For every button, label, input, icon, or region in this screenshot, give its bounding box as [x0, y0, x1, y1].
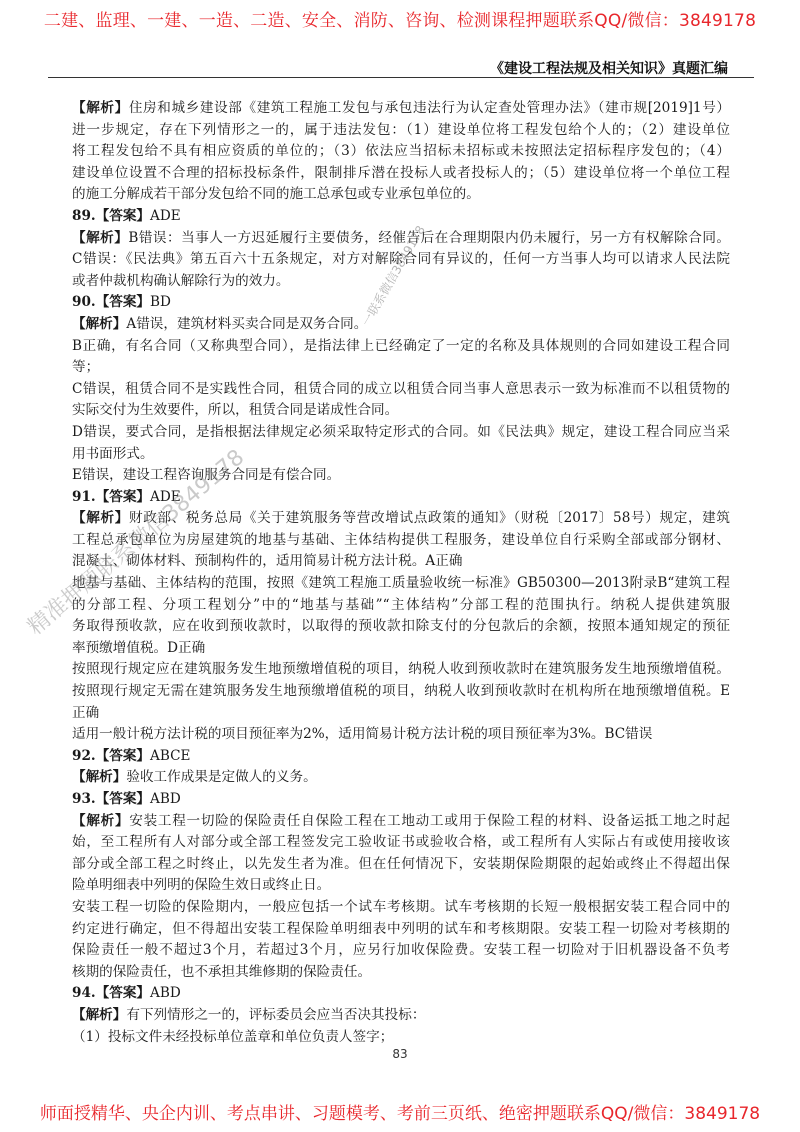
text-line: 正确 [72, 703, 730, 725]
line-text: E错误，建设工程咨询服务合同是有偿合同。 [72, 467, 340, 483]
answer-label: 【解析】 [72, 230, 128, 246]
line-text: 有下列情形之一的，评标委员会应当否决其投标： [126, 1007, 425, 1023]
line-text: 用书面形式。 [72, 446, 154, 462]
bottom-promo-banner: 师面授精华、央企内训、考点串讲、习题模考、考前三页纸、绝密押题联系QQ/微信：3… [0, 1099, 800, 1124]
line-text: 的分部工程、分项工程划分”中的“地基与基础”“主体结构”分部工程的范围执行。纳税… [72, 597, 730, 613]
line-text: 混凝土、砌体材料、预制构件的，适用简易计税方法计税。A正确 [72, 553, 462, 569]
text-line: B正确，有名合同（又称典型合同），是指法律上已经确定了一定的名称及具体规则的合同… [72, 336, 730, 358]
text-line: （1）投标文件未经投标单位盖章和单位负责人签字； [72, 1027, 730, 1049]
text-line: 【解析】安装工程一切险的保险责任自保险工程在工地动工或用于保险工程的材料、设备运… [72, 811, 730, 833]
line-text: （1）投标文件未经投标单位盖章和单位负责人签字； [72, 1029, 393, 1045]
line-text: B错误：当事人一方迟延履行主要债务，经催告后在合理期限内仍未履行，另一方有权解除… [128, 230, 730, 246]
text-line: 【解析】财政部、税务总局《关于建筑服务等营改增试点政策的通知》（财税〔2017〕… [72, 508, 730, 530]
answer-label: 【解析】 [72, 813, 129, 829]
text-line: 89.【答案】ADE [72, 206, 730, 228]
text-line: 核期的保险责任，也不承担其维修期的保险责任。 [72, 962, 730, 984]
answer-label: 【解析】 [72, 1007, 126, 1023]
line-text: 务取得预收款，应在收到预收款时，以取得的预收款扣除支付的分包款后的余额，按照本通… [72, 618, 730, 634]
line-text: BD [150, 294, 171, 310]
line-text: ADE [150, 489, 181, 505]
text-line: 【解析】有下列情形之一的，评标委员会应当否决其投标： [72, 1005, 730, 1027]
line-text: 地基与基础、主体结构的范围，按照《建筑工程施工质量验收统一标准》GB50300—… [72, 575, 730, 591]
text-line: 工程总承包单位为房屋建筑的地基与基础、主体结构提供工程服务，建设单位自行采购全部… [72, 530, 730, 552]
line-text: 将工程发包给不具有相应资质的单位的；（3）依法应当招标未招标或未按照法定招标程序… [72, 143, 730, 159]
text-line: 按照现行规定应在建筑服务发生地预缴增值税的项目，纳税人收到预收款时在建筑服务发生… [72, 659, 730, 681]
text-line: 或者仲裁机构确认解除行为的效力。 [72, 271, 730, 293]
line-text: 适用一般计税方法计税的项目预征率为2%，适用简易计税方法计税的项目预征率为3%。… [72, 726, 652, 742]
answer-label: 92.【答案】 [72, 748, 150, 764]
text-line: 始，至工程所有人对部分或全部工程签发完工验收证书或验收合格，或工程所有人实际占有… [72, 832, 730, 854]
line-text: ADE [150, 208, 181, 224]
line-text: 或者仲裁机构确认解除行为的效力。 [72, 273, 290, 289]
text-line: D错误，要式合同，是指根据法律规定必须采取特定形式的合同。如《民法典》规定，建设… [72, 422, 730, 444]
document-body: 【解析】住房和城乡建设部《建筑工程施工发包与承包违法行为认定查处管理办法》（建市… [72, 98, 730, 1048]
line-text: 实际交付为生效要件，所以，租赁合同是诺成性合同。 [72, 402, 398, 418]
text-line: 进一步规定，存在下列情形之一的，属于违法发包：（1）建设单位将工程发包给个人的；… [72, 120, 730, 142]
line-text: 等； [72, 359, 99, 375]
line-text: 正确 [72, 705, 99, 721]
line-text: 工程总承包单位为房屋建筑的地基与基础、主体结构提供工程服务，建设单位自行采购全部… [72, 532, 730, 548]
text-line: 地基与基础、主体结构的范围，按照《建筑工程施工质量验收统一标准》GB50300—… [72, 573, 730, 595]
line-text: B正确，有名合同（又称典型合同），是指法律上已经确定了一定的名称及具体规则的合同… [72, 338, 730, 354]
text-line: 93.【答案】ABD [72, 789, 730, 811]
line-text: 始，至工程所有人对部分或全部工程签发完工验收证书或验收合格，或工程所有人实际占有… [72, 834, 730, 850]
line-text: 按照现行规定应在建筑服务发生地预缴增值税的项目，纳税人收到预收款时在建筑服务发生… [72, 661, 730, 677]
text-line: 的施工分解成若干部分发包给不同的施工总承包或专业承包单位的。 [72, 184, 730, 206]
text-line: 92.【答案】ABCE [72, 746, 730, 768]
line-text: 按照现行规定无需在建筑服务发生地预缴增值税的项目，纳税人收到预收款时在机构所在地… [72, 683, 730, 699]
text-line: 适用一般计税方法计税的项目预征率为2%，适用简易计税方法计税的项目预征率为3%。… [72, 724, 730, 746]
line-text: 约定进行确定，但不得超出安装工程保险单明细表中列明的试车和考核期限。安装工程一切… [72, 921, 730, 937]
line-text: 的施工分解成若干部分发包给不同的施工总承包或专业承包单位的。 [72, 186, 480, 202]
answer-label: 93.【答案】 [72, 791, 150, 807]
line-text: ABD [150, 985, 181, 1001]
line-text: A错误，建筑材料买卖合同是双务合同。 [126, 316, 367, 332]
text-line: 【解析】A错误，建筑材料买卖合同是双务合同。 [72, 314, 730, 336]
line-text: ABCE [150, 748, 190, 764]
answer-label: 91.【答案】 [72, 489, 150, 505]
text-line: 用书面形式。 [72, 444, 730, 466]
text-line: 约定进行确定，但不得超出安装工程保险单明细表中列明的试车和考核期限。安装工程一切… [72, 919, 730, 941]
answer-label: 90.【答案】 [72, 294, 150, 310]
line-text: 财政部、税务总局《关于建筑服务等营改增试点政策的通知》（财税〔2017〕58号）… [129, 510, 730, 526]
text-line: 94.【答案】ABD [72, 983, 730, 1005]
running-head-title: 《建设工程法规及相关知识》真题汇编 [490, 58, 728, 78]
text-line: 【解析】B错误：当事人一方迟延履行主要债务，经催告后在合理期限内仍未履行，另一方… [72, 228, 730, 250]
text-line: 保险责任一般不超过3个月，若超过3个月，应另行加收保险费。安装工程一切险对于旧机… [72, 940, 730, 962]
header-divider [48, 77, 754, 78]
text-line: 91.【答案】ADE [72, 487, 730, 509]
text-line: 的分部工程、分项工程划分”中的“地基与基础”“主体结构”分部工程的范围执行。纳税… [72, 595, 730, 617]
top-promo-banner: 二建、监理、一建、一造、二造、安全、消防、咨询、检测课程押题联系QQ/微信：38… [0, 6, 800, 31]
text-line: C错误：《民法典》第五百六十五条规定，对方对解除合同有异议的，任何一方当事人均可… [72, 249, 730, 271]
text-line: 【解析】验收工作成果是定做人的义务。 [72, 767, 730, 789]
answer-label: 【解析】 [72, 316, 126, 332]
text-line: 将工程发包给不具有相应资质的单位的；（3）依法应当招标未招标或未按照法定招标程序… [72, 141, 730, 163]
line-text: 住房和城乡建设部《建筑工程施工发包与承包违法行为认定查处管理办法》（建市规[20… [129, 100, 730, 116]
line-text: 验收工作成果是定做人的义务。 [126, 769, 316, 785]
answer-label: 【解析】 [72, 510, 129, 526]
text-line: 【解析】住房和城乡建设部《建筑工程施工发包与承包违法行为认定查处管理办法》（建市… [72, 98, 730, 120]
line-text: C错误，租赁合同不是实践性合同，租赁合同的成立以租赁合同当事人意思表示一致为标准… [72, 381, 730, 397]
text-line: 务取得预收款，应在收到预收款时，以取得的预收款扣除支付的分包款后的余额，按照本通… [72, 616, 730, 638]
text-line: 按照现行规定无需在建筑服务发生地预缴增值税的项目，纳税人收到预收款时在机构所在地… [72, 681, 730, 703]
text-line: E错误，建设工程咨询服务合同是有偿合同。 [72, 465, 730, 487]
text-line: 实际交付为生效要件，所以，租赁合同是诺成性合同。 [72, 400, 730, 422]
line-text: C错误：《民法典》第五百六十五条规定，对方对解除合同有异议的，任何一方当事人均可… [72, 251, 730, 267]
text-line: 等； [72, 357, 730, 379]
line-text: 进一步规定，存在下列情形之一的，属于违法发包：（1）建设单位将工程发包给个人的；… [72, 122, 730, 138]
answer-label: 94.【答案】 [72, 985, 150, 1001]
line-text: 率预缴增值税。D正确 [72, 640, 205, 656]
text-line: C错误，租赁合同不是实践性合同，租赁合同的成立以租赁合同当事人意思表示一致为标准… [72, 379, 730, 401]
text-line: 安装工程一切险的保险期内，一般应包括一个试车考核期。试车考核期的长短一般根据安装… [72, 897, 730, 919]
answer-label: 89.【答案】 [72, 208, 150, 224]
answer-label: 【解析】 [72, 100, 129, 116]
line-text: 安装工程一切险的保险期内，一般应包括一个试车考核期。试车考核期的长短一般根据安装… [72, 899, 730, 915]
text-line: 险单明细表中列明的保险生效日或终止日。 [72, 875, 730, 897]
text-line: 率预缴增值税。D正确 [72, 638, 730, 660]
answer-label: 【解析】 [72, 769, 126, 785]
line-text: D错误，要式合同，是指根据法律规定必须采取特定形式的合同。如《民法典》规定，建设… [72, 424, 730, 440]
text-line: 部分或全部工程之时终止，以先发生者为准。但在任何情况下，安装期保险期限的起始或终… [72, 854, 730, 876]
line-text: ABD [150, 791, 181, 807]
line-text: 保险责任一般不超过3个月，若超过3个月，应另行加收保险费。安装工程一切险对于旧机… [72, 942, 730, 958]
text-line: 混凝土、砌体材料、预制构件的，适用简易计税方法计税。A正确 [72, 551, 730, 573]
line-text: 险单明细表中列明的保险生效日或终止日。 [72, 877, 330, 893]
line-text: 部分或全部工程之时终止，以先发生者为准。但在任何情况下，安装期保险期限的起始或终… [72, 856, 730, 872]
line-text: 核期的保险责任，也不承担其维修期的保险责任。 [72, 964, 371, 980]
text-line: 建设单位设置不合理的招标投标条件，限制排斥潜在投标人或者投标人的；（5）建设单位… [72, 163, 730, 185]
line-text: 安装工程一切险的保险责任自保险工程在工地动工或用于保险工程的材料、设备运抵工地之… [129, 813, 730, 829]
line-text: 建设单位设置不合理的招标投标条件，限制排斥潜在投标人或者投标人的；（5）建设单位… [72, 165, 730, 181]
text-line: 90.【答案】BD [72, 292, 730, 314]
page-number: 83 [0, 1047, 800, 1061]
